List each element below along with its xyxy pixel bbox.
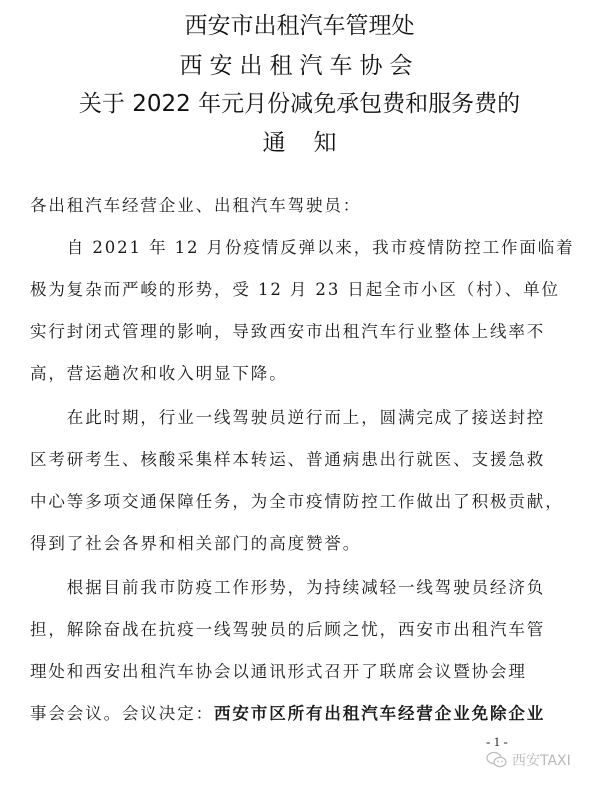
body-line: 极为复杂而严峻的形势，受 12 月 23 日起全市小区（村）、单位	[30, 276, 560, 300]
page-number: - 1 -	[486, 734, 508, 750]
body-line: 实行封闭式管理的影响，导致西安市出租汽车行业整体上线率不	[30, 318, 545, 342]
wechat-icon	[486, 751, 508, 769]
notice-doc-type: 通知	[0, 124, 599, 157]
body-line: 区考研考生、核酸采集样本转运、普通病患出行就医、支援急救	[30, 446, 545, 470]
issuing-org-2: 西安出租汽车协会	[0, 47, 599, 80]
watermark: 西安TAXI	[486, 750, 571, 770]
body-line: 在此时期，行业一线驾驶员逆行而上，圆满完成了接送封控	[30, 404, 545, 428]
salutation: 各出租汽车经营企业、出租汽车驾驶员：	[30, 192, 361, 216]
notice-subject: 关于 2022 年元月份减免承包费和服务费的	[0, 85, 599, 118]
body-line: 高，营运趟次和收入明显下降。	[30, 360, 288, 384]
body-line: 自 2021 年 12 月份疫情反弹以来，我市疫情防控工作面临着	[30, 234, 575, 258]
watermark-text: 西安TAXI	[512, 750, 571, 770]
issuing-org-1: 西安市出租汽车管理处	[0, 7, 599, 40]
body-line: 理处和西安出租汽车协会以通讯形式召开了联席会议暨协会理	[30, 658, 527, 682]
decision-intro: 事会会议。会议决定：	[30, 704, 214, 723]
body-line: 担，解除奋战在抗疫一线驾驶员的后顾之忧，西安市出租汽车管	[30, 616, 545, 640]
body-line: 根据目前我市防疫工作形势，为持续减轻一线驾驶员经济负	[30, 574, 545, 598]
body-line: 中心等多项交通保障任务，为全市疫情防控工作做出了积极贡献，	[30, 488, 564, 512]
body-line-last: 事会会议。会议决定：西安市区所有出租汽车经营企业免除企业	[30, 700, 545, 724]
body-line: 得到了社会各界和相关部门的高度赞誉。	[30, 530, 361, 554]
decision-text: 西安市区所有出租汽车经营企业免除企业	[214, 704, 545, 723]
